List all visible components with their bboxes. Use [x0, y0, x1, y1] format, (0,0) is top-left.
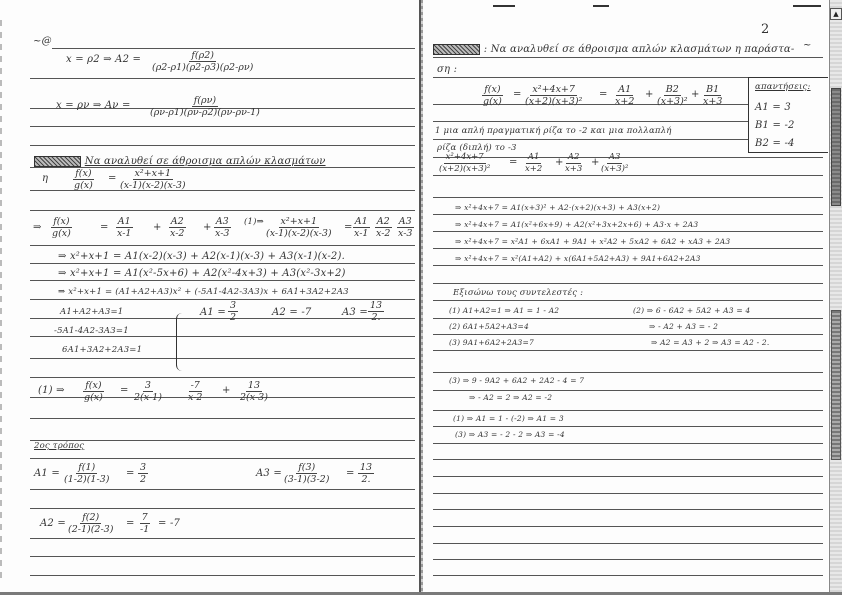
exercise2-term1: A1x+2: [613, 84, 636, 107]
equals-sign: =: [513, 89, 522, 100]
method2-a1-fraction: f(1)(1-2)(1-3): [62, 462, 111, 485]
solve-line: ⇒ - A2 = 2 ⇒ A2 = -2: [469, 393, 552, 402]
exercise2-label: Άσκηση 2: [433, 44, 480, 55]
result-term1: 32(x-1): [132, 380, 164, 403]
exercise2-title: : Να αναλυθεί σε άθροισμα απλών κλασμάτω…: [484, 44, 795, 55]
expansion-line: ⇒ x²+x+1 = (A1+A2+A3)x² + (-5A1-4A2-3A3)…: [58, 287, 349, 297]
result-term2: -7x-2: [186, 380, 204, 403]
step1-r2: A2x-2: [374, 216, 392, 239]
system-equation: 6A1+3A2+2A3=1: [62, 345, 142, 355]
method2-a3-result: 132.: [358, 462, 374, 485]
plus-sign: +: [222, 385, 231, 396]
scroll-up-arrow-icon[interactable]: ▲: [830, 8, 842, 20]
answer-item: B1 = -2: [755, 120, 795, 131]
exercise2-term3: B1x+3: [701, 84, 724, 107]
block2-fraction: f(ρν) (ρν-ρ1)(ρν-ρ2)(ρν-ρν-1): [148, 95, 262, 118]
equals-sign: =: [120, 385, 129, 396]
expansion-line: ⇒ x²+4x+7 = x²A1 + 6xA1 + 9A1 + x²A2 + 5…: [455, 237, 730, 246]
system-equation: -5A1-4A2-3A3=1: [54, 326, 129, 336]
solve-line: (3) ⇒ A3 = - 2 - 2 ⇒ A3 = -4: [455, 430, 565, 439]
plus-sign: +: [645, 89, 654, 100]
decomp-term2: A2x+3: [563, 152, 584, 175]
step1-rhs: x²+x+1(x-1)(x-2)(x-3): [264, 216, 334, 239]
method2-a3-label: A3 =: [256, 468, 282, 479]
exercise1-lead: η: [42, 173, 48, 184]
step1-term1: A1x-1: [115, 216, 133, 239]
expansion-line: ⇒ x²+4x+7 = x²(A1+A2) + x(6A1+5A2+A3) + …: [455, 254, 701, 263]
solve-line: (3) ⇒ 9 - 9A2 + 6A2 + 2A2 - 4 = 7: [449, 376, 584, 385]
system-equation: A1+A2+A3=1: [60, 307, 123, 317]
method2-a2-fraction: f(2)(2-1)(2-3): [66, 512, 115, 535]
coefficient-equation: (1) A1+A2=1 ⇒ A1 = 1 - A2: [449, 306, 559, 315]
equals-sign: =: [126, 468, 135, 479]
coefficient-equation: (3) 9A1+6A2+2A3=7: [449, 338, 534, 347]
equals-sign: =: [509, 157, 518, 168]
decomp-term1: A1x+2: [523, 152, 544, 175]
corner-doodle: ~@: [33, 36, 52, 47]
solve-line: (1) ⇒ A1 = 1 - (-2) ⇒ A1 = 3: [453, 414, 564, 423]
expansion-line: ⇒ x²+x+1 = A1(x-2)(x-3) + A2(x-1)(x-3) +…: [58, 251, 345, 262]
solution-a2: A2 = -7: [272, 307, 311, 318]
plus-sign: +: [153, 222, 162, 233]
result-lhs: (1) ⇒: [38, 385, 65, 396]
equals-sign: =: [346, 468, 355, 479]
scan-edge: [0, 20, 2, 580]
equating-title: Εξισώνω τους συντελεστές :: [453, 288, 583, 298]
exercise1-f-over-g: f(x) g(x): [72, 168, 95, 191]
method2-a3-fraction: f(3)(3-1)(3-2): [282, 462, 331, 485]
exercise1-heading: Άσκηση 1Να αναλυθεί σε άθροισμα απλών κλ…: [34, 156, 326, 167]
method2-a2-tail: = -7: [158, 518, 180, 529]
step1-term3: A3x-3: [213, 216, 231, 239]
equals-sign: =: [126, 518, 135, 529]
expansion-line: ⇒ x²+4x+7 = A1(x²+6x+9) + A2(x²+3x+2x+6)…: [455, 220, 698, 229]
equals-sign: =: [599, 89, 608, 100]
plus-sign: +: [203, 222, 212, 233]
substitution-step: ⇒ A2 = A3 + 2 ⇒ A3 = A2 - 2.: [651, 338, 769, 347]
method2-a1-result: 32: [138, 462, 148, 485]
exercise2-term2: B2(x+3)²: [655, 84, 690, 107]
scrollbar-thumb[interactable]: [831, 88, 841, 206]
method2-title: 2ος τρόπος: [34, 441, 84, 451]
answers-box: απαντήσεις: A1 = 3 B1 = -2 B2 = -4: [748, 77, 828, 153]
solution-a3-label: A3 =: [342, 307, 368, 318]
right-notebook-page: 2 ~ Άσκηση 2: Να αναλυθεί σε άθροισμα απ…: [423, 0, 828, 595]
method2-a1-label: A1 =: [34, 468, 60, 479]
step1-term2: A2x-2: [168, 216, 186, 239]
step1-lhs: f(x)g(x): [50, 216, 73, 239]
result-term3: 132(x-3): [238, 380, 270, 403]
exercise1-rhs: x²+x+1 (x-1)(x-2)(x-3): [118, 168, 188, 191]
result-f-over-g: f(x)g(x): [82, 380, 105, 403]
equation-ref: (1)⇒: [244, 217, 264, 227]
substitution-step: (2) ⇒ 6 - 6A2 + 5A2 + A3 = 4: [633, 306, 750, 315]
answer-item: B2 = -4: [755, 138, 795, 149]
equals-sign: =: [108, 173, 117, 184]
method2-a2-label: A2 =: [40, 518, 66, 529]
step1-r1: A1x-1: [352, 216, 370, 239]
solution-a1-value: 32: [228, 300, 238, 323]
note-line: 1 μια απλή πραγματική ρίζα το -2 και μια…: [435, 126, 672, 136]
corner-doodle: ~: [803, 40, 812, 51]
decomp-lhs: x²+4x+7(x+2)(x+3)²: [437, 152, 492, 175]
decomp-term3: A3(x+3)²: [599, 152, 630, 175]
method2-a2-result: 7-1: [138, 512, 151, 535]
substitution-step: ⇒ - A2 + A3 = - 2: [649, 322, 718, 331]
exercise1-title: Να αναλυθεί σε άθροισμα απλών κλασμάτων: [85, 156, 326, 167]
system-brace: [176, 313, 184, 371]
solution-a3-value: 132.: [368, 300, 384, 323]
equals-sign: =: [100, 222, 109, 233]
scrollbar-track-segment[interactable]: [831, 310, 841, 460]
exercise1-label: Άσκηση 1: [34, 156, 81, 167]
left-notebook-page: ~@ x = ρ2 ⇒ A2 = f(ρ2) (ρ2-ρ1)(ρ2-ρ3)(ρ2…: [0, 0, 421, 595]
exercise2-title-cont: ση :: [437, 64, 457, 75]
exercise2-heading: Άσκηση 2: Να αναλυθεί σε άθροισμα απλών …: [433, 44, 794, 55]
plus-sign: +: [691, 89, 700, 100]
block1-fraction: f(ρ2) (ρ2-ρ1)(ρ2-ρ3)(ρ2-ρν): [150, 50, 255, 73]
expansion-line: ⇒ x²+x+1 = A1(x²-5x+6) + A2(x²-4x+3) + A…: [58, 268, 346, 279]
block2-lhs: x = ρν ⇒ Aν =: [56, 100, 131, 111]
vertical-scrollbar[interactable]: ▲: [829, 0, 842, 595]
page-number: 2: [761, 22, 769, 37]
answers-title: απαντήσεις:: [755, 82, 811, 92]
step1-r3: A3x-3: [396, 216, 414, 239]
expansion-line: ⇒ x²+4x+7 = A1(x+3)² + A2·(x+2)(x+3) + A…: [455, 203, 660, 212]
implies-arrow: ⇒: [33, 222, 42, 233]
solution-a1-label: A1 =: [200, 307, 226, 318]
exercise2-rhs: x²+4x+7(x+2)(x+3)²: [523, 84, 584, 107]
coefficient-equation: (2) 6A1+5A2+A3=4: [449, 322, 529, 331]
block1-lhs: x = ρ2 ⇒ A2 =: [66, 54, 141, 65]
answer-item: A1 = 3: [755, 102, 791, 113]
exercise2-f-over-g: f(x)g(x): [481, 84, 504, 107]
